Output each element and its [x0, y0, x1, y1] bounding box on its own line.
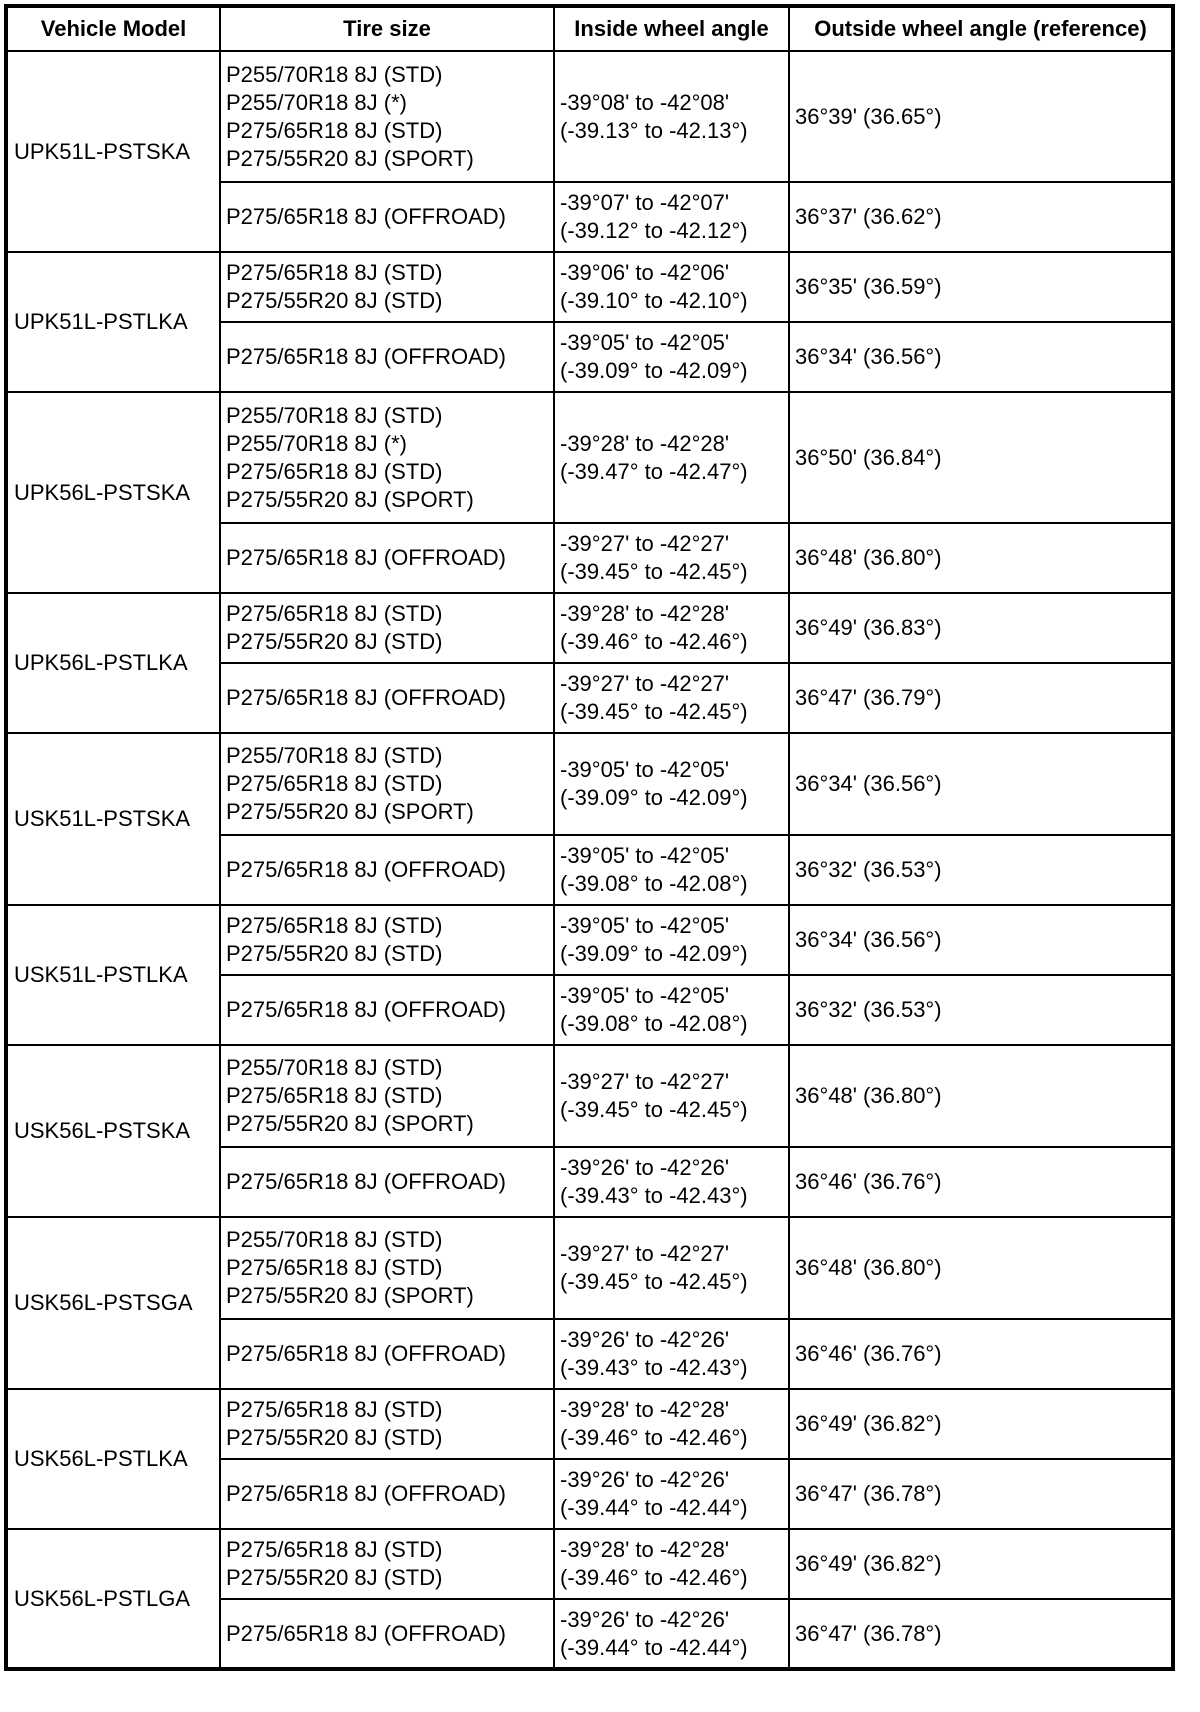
- inside-angle-dms: -39°05' to -42°05': [560, 982, 783, 1010]
- tire-size-cell: P275/65R18 8J (OFFROAD): [220, 523, 554, 593]
- outside-wheel-angle-cell: 36°46' (36.76°): [789, 1147, 1173, 1217]
- table-row: USK56L-PSTSKAP255/70R18 8J (STD)P275/65R…: [6, 1045, 1173, 1147]
- inside-angle-decimal: (-39.47° to -42.47°): [560, 458, 783, 486]
- inside-angle-dms: -39°27' to -42°27': [560, 1068, 783, 1096]
- tire-size-entry: P255/70R18 8J (STD): [226, 1226, 548, 1254]
- tire-size-cell: P275/65R18 8J (OFFROAD): [220, 975, 554, 1045]
- inside-wheel-angle-cell: -39°28' to -42°28'(-39.46° to -42.46°): [554, 1529, 789, 1599]
- tire-size-cell: P275/65R18 8J (OFFROAD): [220, 1147, 554, 1217]
- inside-angle-decimal: (-39.44° to -42.44°): [560, 1634, 783, 1662]
- inside-angle-decimal: (-39.43° to -42.43°): [560, 1354, 783, 1382]
- outside-wheel-angle-cell: 36°47' (36.79°): [789, 663, 1173, 733]
- tire-size-cell: P275/65R18 8J (OFFROAD): [220, 1459, 554, 1529]
- header-outside-wheel-angle: Outside wheel angle (reference): [789, 6, 1173, 51]
- tire-size-entry: P275/55R20 8J (STD): [226, 1564, 548, 1592]
- vehicle-model-cell: USK51L-PSTSKA: [6, 733, 220, 905]
- inside-angle-dms: -39°05' to -42°05': [560, 912, 783, 940]
- inside-angle-dms: -39°07' to -42°07': [560, 189, 783, 217]
- inside-wheel-angle-cell: -39°28' to -42°28'(-39.46° to -42.46°): [554, 1389, 789, 1459]
- outside-wheel-angle-cell: 36°47' (36.78°): [789, 1459, 1173, 1529]
- tire-size-entry: P275/65R18 8J (STD): [226, 1082, 548, 1110]
- tire-size-entry: P275/55R20 8J (SPORT): [226, 1282, 548, 1310]
- tire-size-entry: P275/55R20 8J (SPORT): [226, 798, 548, 826]
- outside-wheel-angle-cell: 36°47' (36.78°): [789, 1599, 1173, 1669]
- inside-wheel-angle-cell: -39°05' to -42°05'(-39.09° to -42.09°): [554, 322, 789, 392]
- inside-angle-dms: -39°26' to -42°26': [560, 1606, 783, 1634]
- inside-wheel-angle-cell: -39°07' to -42°07'(-39.12° to -42.12°): [554, 182, 789, 252]
- inside-angle-decimal: (-39.46° to -42.46°): [560, 1564, 783, 1592]
- inside-angle-dms: -39°05' to -42°05': [560, 756, 783, 784]
- tire-size-entry: P275/55R20 8J (STD): [226, 1424, 548, 1452]
- tire-size-entry: P275/65R18 8J (OFFROAD): [226, 1340, 548, 1368]
- inside-wheel-angle-cell: -39°26' to -42°26'(-39.44° to -42.44°): [554, 1459, 789, 1529]
- outside-wheel-angle-cell: 36°49' (36.83°): [789, 593, 1173, 663]
- inside-wheel-angle-cell: -39°26' to -42°26'(-39.44° to -42.44°): [554, 1599, 789, 1669]
- table-row: USK56L-PSTLKAP275/65R18 8J (STD)P275/55R…: [6, 1389, 1173, 1459]
- inside-wheel-angle-cell: -39°06' to -42°06'(-39.10° to -42.10°): [554, 252, 789, 322]
- table-header: Vehicle Model Tire size Inside wheel ang…: [6, 6, 1173, 51]
- inside-angle-decimal: (-39.08° to -42.08°): [560, 1010, 783, 1038]
- inside-angle-dms: -39°26' to -42°26': [560, 1326, 783, 1354]
- inside-angle-dms: -39°28' to -42°28': [560, 430, 783, 458]
- outside-wheel-angle-cell: 36°35' (36.59°): [789, 252, 1173, 322]
- outside-wheel-angle-cell: 36°37' (36.62°): [789, 182, 1173, 252]
- table-row: USK56L-PSTLGAP275/65R18 8J (STD)P275/55R…: [6, 1529, 1173, 1599]
- inside-angle-decimal: (-39.08° to -42.08°): [560, 870, 783, 898]
- header-tire-size: Tire size: [220, 6, 554, 51]
- tire-size-entry: P275/65R18 8J (STD): [226, 770, 548, 798]
- inside-angle-dms: -39°26' to -42°26': [560, 1154, 783, 1182]
- table-body: UPK51L-PSTSKAP255/70R18 8J (STD)P255/70R…: [6, 51, 1173, 1669]
- table-row: UPK56L-PSTSKAP255/70R18 8J (STD)P255/70R…: [6, 392, 1173, 523]
- outside-wheel-angle-cell: 36°50' (36.84°): [789, 392, 1173, 523]
- tire-size-entry: P255/70R18 8J (*): [226, 430, 548, 458]
- tire-size-entry: P275/65R18 8J (STD): [226, 1254, 548, 1282]
- tire-size-cell: P255/70R18 8J (STD)P275/65R18 8J (STD)P2…: [220, 1045, 554, 1147]
- inside-angle-decimal: (-39.09° to -42.09°): [560, 357, 783, 385]
- inside-wheel-angle-cell: -39°27' to -42°27'(-39.45° to -42.45°): [554, 663, 789, 733]
- tire-size-entry: P275/65R18 8J (OFFROAD): [226, 1480, 548, 1508]
- inside-angle-dms: -39°27' to -42°27': [560, 670, 783, 698]
- tire-size-entry: P275/65R18 8J (STD): [226, 259, 548, 287]
- table-row: UPK51L-PSTLKAP275/65R18 8J (STD)P275/55R…: [6, 252, 1173, 322]
- outside-wheel-angle-cell: 36°48' (36.80°): [789, 1045, 1173, 1147]
- inside-angle-dms: -39°28' to -42°28': [560, 600, 783, 628]
- vehicle-model-cell: USK56L-PSTSGA: [6, 1217, 220, 1389]
- vehicle-model-cell: UPK51L-PSTSKA: [6, 51, 220, 252]
- inside-wheel-angle-cell: -39°05' to -42°05'(-39.08° to -42.08°): [554, 975, 789, 1045]
- inside-wheel-angle-cell: -39°05' to -42°05'(-39.08° to -42.08°): [554, 835, 789, 905]
- inside-wheel-angle-cell: -39°27' to -42°27'(-39.45° to -42.45°): [554, 523, 789, 593]
- tire-size-entry: P275/65R18 8J (OFFROAD): [226, 343, 548, 371]
- inside-angle-dms: -39°05' to -42°05': [560, 329, 783, 357]
- inside-angle-decimal: (-39.46° to -42.46°): [560, 1424, 783, 1452]
- table-row: UPK56L-PSTLKAP275/65R18 8J (STD)P275/55R…: [6, 593, 1173, 663]
- tire-size-cell: P255/70R18 8J (STD)P275/65R18 8J (STD)P2…: [220, 733, 554, 835]
- inside-wheel-angle-cell: -39°27' to -42°27'(-39.45° to -42.45°): [554, 1217, 789, 1319]
- tire-size-cell: P255/70R18 8J (STD)P255/70R18 8J (*)P275…: [220, 392, 554, 523]
- outside-wheel-angle-cell: 36°39' (36.65°): [789, 51, 1173, 182]
- outside-wheel-angle-cell: 36°32' (36.53°): [789, 835, 1173, 905]
- tire-size-cell: P275/65R18 8J (OFFROAD): [220, 1319, 554, 1389]
- inside-angle-decimal: (-39.45° to -42.45°): [560, 1268, 783, 1296]
- tire-size-entry: P275/55R20 8J (SPORT): [226, 486, 548, 514]
- header-vehicle-model: Vehicle Model: [6, 6, 220, 51]
- outside-wheel-angle-cell: 36°48' (36.80°): [789, 1217, 1173, 1319]
- inside-angle-dms: -39°28' to -42°28': [560, 1536, 783, 1564]
- inside-angle-dms: -39°05' to -42°05': [560, 842, 783, 870]
- tire-size-entry: P275/65R18 8J (OFFROAD): [226, 544, 548, 572]
- tire-size-cell: P255/70R18 8J (STD)P255/70R18 8J (*)P275…: [220, 51, 554, 182]
- outside-wheel-angle-cell: 36°46' (36.76°): [789, 1319, 1173, 1389]
- tire-size-entry: P275/55R20 8J (STD): [226, 287, 548, 315]
- table-row: USK51L-PSTLKAP275/65R18 8J (STD)P275/55R…: [6, 905, 1173, 975]
- inside-angle-dms: -39°08' to -42°08': [560, 89, 783, 117]
- tire-size-entry: P255/70R18 8J (STD): [226, 742, 548, 770]
- inside-wheel-angle-cell: -39°08' to -42°08'(-39.13° to -42.13°): [554, 51, 789, 182]
- inside-angle-decimal: (-39.46° to -42.46°): [560, 628, 783, 656]
- inside-angle-dms: -39°27' to -42°27': [560, 530, 783, 558]
- tire-size-entry: P275/65R18 8J (OFFROAD): [226, 856, 548, 884]
- vehicle-model-cell: UPK51L-PSTLKA: [6, 252, 220, 392]
- tire-size-cell: P255/70R18 8J (STD)P275/65R18 8J (STD)P2…: [220, 1217, 554, 1319]
- tire-size-cell: P275/65R18 8J (STD)P275/55R20 8J (STD): [220, 905, 554, 975]
- inside-angle-dms: -39°28' to -42°28': [560, 1396, 783, 1424]
- outside-wheel-angle-cell: 36°34' (36.56°): [789, 905, 1173, 975]
- tire-size-entry: P275/55R20 8J (STD): [226, 940, 548, 968]
- tire-size-entry: P275/55R20 8J (SPORT): [226, 145, 548, 173]
- tire-size-entry: P255/70R18 8J (STD): [226, 1054, 548, 1082]
- tire-size-entry: P275/65R18 8J (STD): [226, 458, 548, 486]
- inside-angle-decimal: (-39.09° to -42.09°): [560, 784, 783, 812]
- inside-angle-decimal: (-39.13° to -42.13°): [560, 117, 783, 145]
- inside-wheel-angle-cell: -39°28' to -42°28'(-39.47° to -42.47°): [554, 392, 789, 523]
- inside-angle-decimal: (-39.45° to -42.45°): [560, 558, 783, 586]
- inside-angle-dms: -39°26' to -42°26': [560, 1466, 783, 1494]
- vehicle-model-cell: UPK56L-PSTSKA: [6, 392, 220, 593]
- inside-angle-decimal: (-39.09° to -42.09°): [560, 940, 783, 968]
- tire-size-cell: P275/65R18 8J (STD)P275/55R20 8J (STD): [220, 1529, 554, 1599]
- inside-angle-decimal: (-39.45° to -42.45°): [560, 1096, 783, 1124]
- tire-size-entry: P275/65R18 8J (STD): [226, 1396, 548, 1424]
- tire-size-entry: P275/65R18 8J (OFFROAD): [226, 996, 548, 1024]
- vehicle-model-cell: USK56L-PSTLGA: [6, 1529, 220, 1669]
- inside-angle-decimal: (-39.43° to -42.43°): [560, 1182, 783, 1210]
- header-inside-wheel-angle: Inside wheel angle: [554, 6, 789, 51]
- tire-size-cell: P275/65R18 8J (OFFROAD): [220, 182, 554, 252]
- vehicle-model-cell: USK51L-PSTLKA: [6, 905, 220, 1045]
- inside-wheel-angle-cell: -39°28' to -42°28'(-39.46° to -42.46°): [554, 593, 789, 663]
- inside-wheel-angle-cell: -39°05' to -42°05'(-39.09° to -42.09°): [554, 733, 789, 835]
- tire-size-entry: P275/65R18 8J (STD): [226, 1536, 548, 1564]
- inside-angle-dms: -39°06' to -42°06': [560, 259, 783, 287]
- outside-wheel-angle-cell: 36°34' (36.56°): [789, 322, 1173, 392]
- inside-angle-decimal: (-39.45° to -42.45°): [560, 698, 783, 726]
- outside-wheel-angle-cell: 36°49' (36.82°): [789, 1529, 1173, 1599]
- tire-size-entry: P275/65R18 8J (OFFROAD): [226, 684, 548, 712]
- inside-angle-decimal: (-39.10° to -42.10°): [560, 287, 783, 315]
- vehicle-model-cell: USK56L-PSTSKA: [6, 1045, 220, 1217]
- tire-size-cell: P275/65R18 8J (STD)P275/55R20 8J (STD): [220, 1389, 554, 1459]
- inside-wheel-angle-cell: -39°26' to -42°26'(-39.43° to -42.43°): [554, 1147, 789, 1217]
- inside-angle-dms: -39°27' to -42°27': [560, 1240, 783, 1268]
- tire-size-cell: P275/65R18 8J (OFFROAD): [220, 322, 554, 392]
- tire-size-entry: P275/65R18 8J (STD): [226, 912, 548, 940]
- vehicle-model-cell: UPK56L-PSTLKA: [6, 593, 220, 733]
- header-row: Vehicle Model Tire size Inside wheel ang…: [6, 6, 1173, 51]
- outside-wheel-angle-cell: 36°32' (36.53°): [789, 975, 1173, 1045]
- tire-size-entry: P255/70R18 8J (STD): [226, 61, 548, 89]
- tire-size-entry: P255/70R18 8J (STD): [226, 402, 548, 430]
- tire-size-entry: P275/65R18 8J (STD): [226, 600, 548, 628]
- table-row: UPK51L-PSTSKAP255/70R18 8J (STD)P255/70R…: [6, 51, 1173, 182]
- tire-size-entry: P275/55R20 8J (STD): [226, 628, 548, 656]
- outside-wheel-angle-cell: 36°34' (36.56°): [789, 733, 1173, 835]
- vehicle-model-cell: USK56L-PSTLKA: [6, 1389, 220, 1529]
- tire-size-cell: P275/65R18 8J (STD)P275/55R20 8J (STD): [220, 252, 554, 322]
- tire-size-entry: P275/65R18 8J (STD): [226, 117, 548, 145]
- tire-size-cell: P275/65R18 8J (OFFROAD): [220, 663, 554, 733]
- tire-size-cell: P275/65R18 8J (OFFROAD): [220, 1599, 554, 1669]
- inside-wheel-angle-cell: -39°26' to -42°26'(-39.43° to -42.43°): [554, 1319, 789, 1389]
- inside-angle-decimal: (-39.44° to -42.44°): [560, 1494, 783, 1522]
- tire-size-entry: P275/65R18 8J (OFFROAD): [226, 1620, 548, 1648]
- tire-size-entry: P275/65R18 8J (OFFROAD): [226, 1168, 548, 1196]
- inside-wheel-angle-cell: -39°05' to -42°05'(-39.09° to -42.09°): [554, 905, 789, 975]
- outside-wheel-angle-cell: 36°49' (36.82°): [789, 1389, 1173, 1459]
- tire-size-entry: P275/65R18 8J (OFFROAD): [226, 203, 548, 231]
- inside-wheel-angle-cell: -39°27' to -42°27'(-39.45° to -42.45°): [554, 1045, 789, 1147]
- table-row: USK51L-PSTSKAP255/70R18 8J (STD)P275/65R…: [6, 733, 1173, 835]
- outside-wheel-angle-cell: 36°48' (36.80°): [789, 523, 1173, 593]
- tire-size-entry: P255/70R18 8J (*): [226, 89, 548, 117]
- wheel-angle-spec-table: Vehicle Model Tire size Inside wheel ang…: [4, 4, 1175, 1671]
- tire-size-cell: P275/65R18 8J (STD)P275/55R20 8J (STD): [220, 593, 554, 663]
- tire-size-entry: P275/55R20 8J (SPORT): [226, 1110, 548, 1138]
- inside-angle-decimal: (-39.12° to -42.12°): [560, 217, 783, 245]
- table-row: USK56L-PSTSGAP255/70R18 8J (STD)P275/65R…: [6, 1217, 1173, 1319]
- tire-size-cell: P275/65R18 8J (OFFROAD): [220, 835, 554, 905]
